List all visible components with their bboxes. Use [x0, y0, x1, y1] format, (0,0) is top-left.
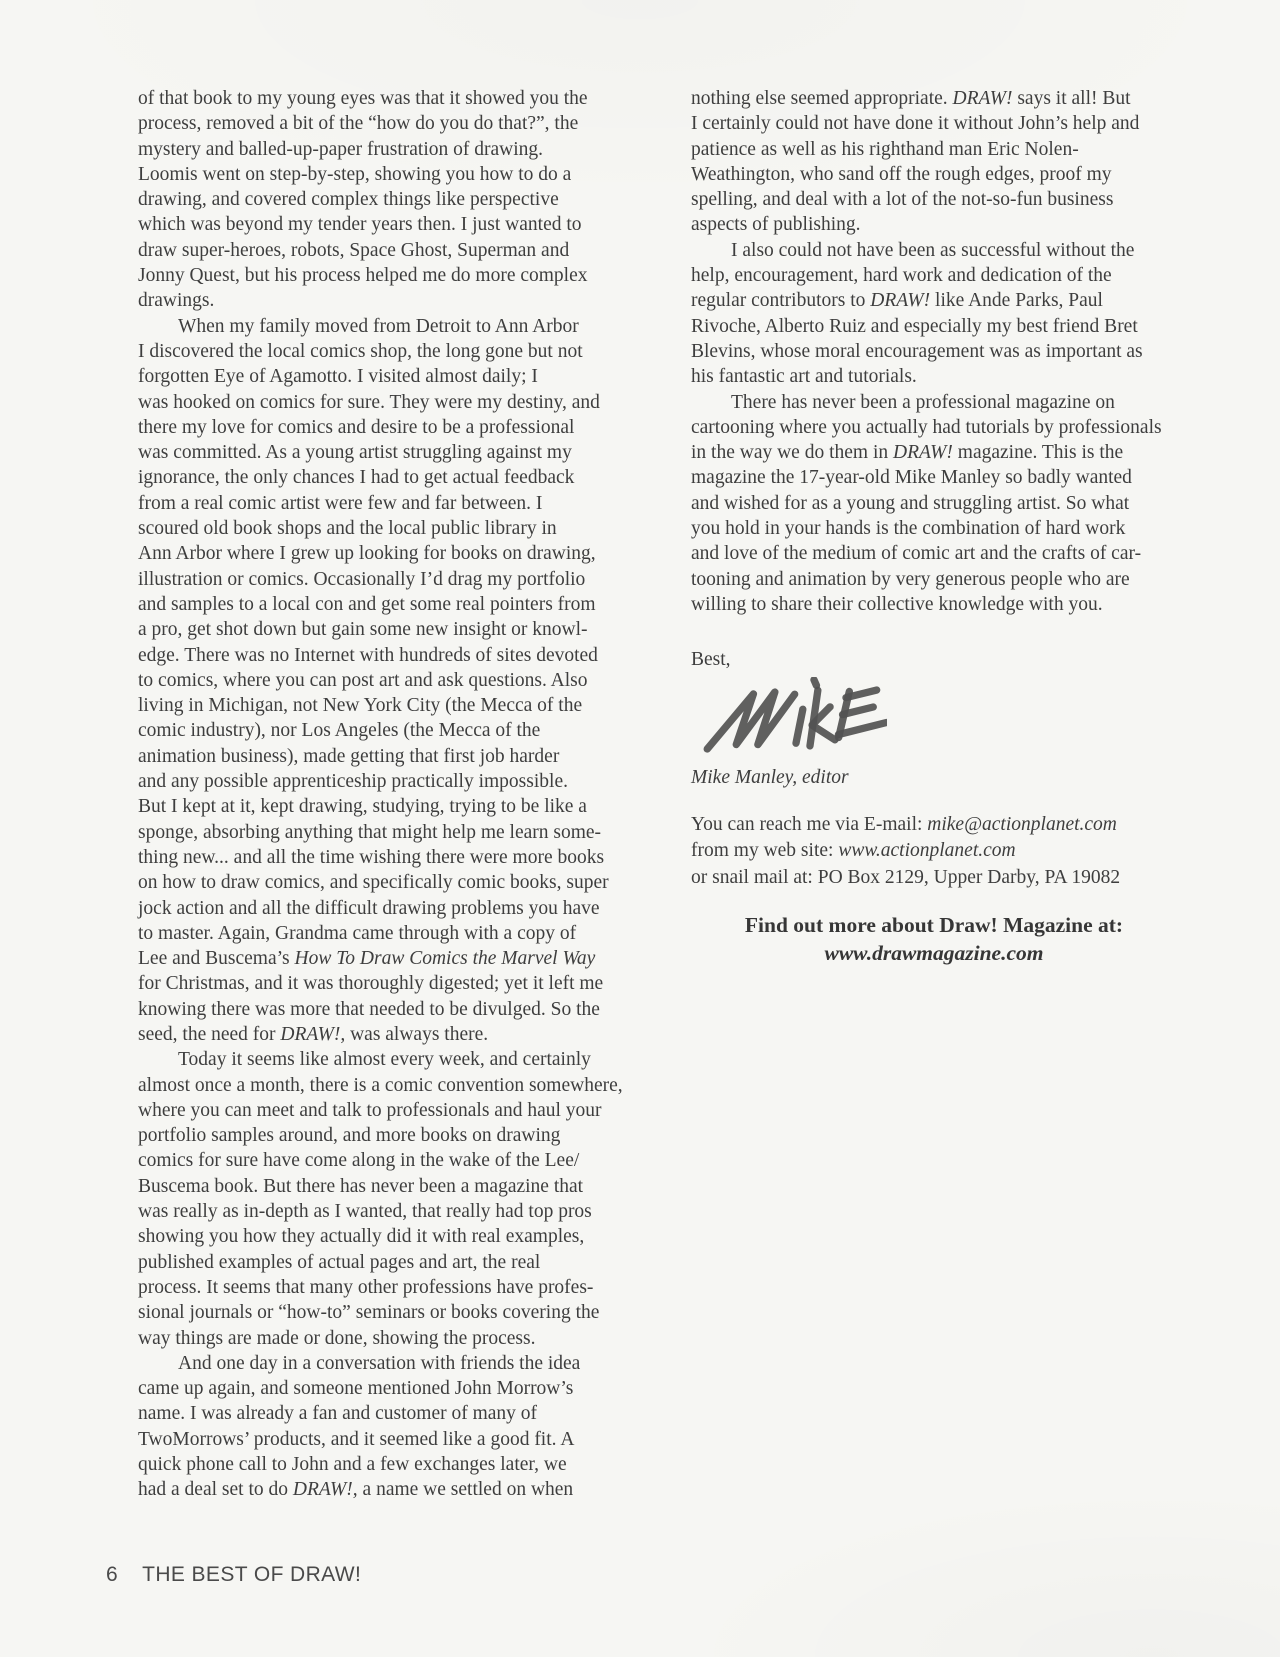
text-segment: TwoMorrows’ products, and it seemed like… [138, 1429, 574, 1450]
text-segment-i: www.actionplanet.com [838, 840, 1015, 861]
text-line: regular contributors to DRAW! like Ande … [691, 288, 1177, 313]
text-segment: of that book to my young eyes was that i… [138, 88, 588, 109]
text-segment-i: DRAW!, [280, 1024, 345, 1045]
text-line: magazine the 17-year-old Mike Manley so … [691, 465, 1177, 490]
text-line: cartooning where you actually had tutori… [691, 415, 1177, 440]
text-line: Jonny Quest, but his process helped me d… [138, 263, 624, 288]
text-segment: to comics, where you can post art and as… [138, 670, 588, 691]
text-line: willing to share their collective knowle… [691, 592, 1177, 617]
column-right: nothing else seemed appropriate. DRAW! s… [691, 86, 1177, 967]
text-segment: edge. There was no Internet with hundred… [138, 645, 598, 666]
text-segment: way things are made or done, showing the… [138, 1328, 535, 1349]
text-segment-i: mike@actionplanet.com [927, 814, 1117, 835]
text-segment: drawing, and covered complex things like… [138, 189, 559, 210]
text-line: of that book to my young eyes was that i… [138, 86, 624, 111]
text-segment: patience as well as his righthand man Er… [691, 139, 1079, 160]
text-segment: and wished for as a young and struggling… [691, 493, 1129, 514]
text-line: forgotten Eye of Agamotto. I visited alm… [138, 364, 624, 389]
text-segment: sponge, absorbing anything that might he… [138, 822, 601, 843]
text-segment: knowing there was more that needed to be… [138, 999, 600, 1020]
text-segment: and samples to a local con and get some … [138, 594, 596, 615]
text-segment: Loomis went on step-by-step, showing you… [138, 164, 571, 185]
text-segment: help, encouragement, hard work and dedic… [691, 265, 1112, 286]
text-segment: living in Michigan, not New York City (t… [138, 695, 582, 716]
text-line: And one day in a conversation with frien… [138, 1351, 624, 1376]
text-segment: Blevins, whose moral encouragement was a… [691, 341, 1143, 362]
text-line: There has never been a professional maga… [691, 390, 1177, 415]
text-segment: you hold in your hands is the combinatio… [691, 518, 1125, 539]
text-segment: comics for sure have come along in the w… [138, 1150, 579, 1171]
text-segment: willing to share their collective knowle… [691, 594, 1103, 615]
text-segment: I discovered the local comics shop, the … [138, 341, 583, 362]
text-line: came up again, and someone mentioned Joh… [138, 1376, 624, 1401]
text-line: spelling, and deal with a lot of the not… [691, 187, 1177, 212]
text-line: you hold in your hands is the combinatio… [691, 516, 1177, 541]
text-segment: on how to draw comics, and specifically … [138, 872, 609, 893]
text-line: drawing, and covered complex things like… [138, 187, 624, 212]
text-segment: showing you how they actually did it wit… [138, 1226, 584, 1247]
text-segment: And one day in a conversation with frien… [178, 1353, 580, 1374]
text-segment: there my love for comics and desire to b… [138, 417, 574, 438]
text-segment: process, removed a bit of the “how do yo… [138, 113, 578, 134]
text-line: published examples of actual pages and a… [138, 1250, 624, 1275]
text-line: and wished for as a young and struggling… [691, 491, 1177, 516]
text-line: animation business), made getting that f… [138, 744, 624, 769]
text-segment: or snail mail at: PO Box 2129, Upper Dar… [691, 867, 1120, 888]
text-line: which was beyond my tender years then. I… [138, 212, 624, 237]
text-segment: for Christmas, and it was thoroughly dig… [138, 973, 603, 994]
salutation: Best, [691, 647, 1177, 672]
promo-heading: Find out more about Draw! Magazine at: [745, 913, 1123, 937]
text-segment: When my family moved from Detroit to Ann… [178, 316, 579, 337]
text-line: his fantastic art and tutorials. [691, 364, 1177, 389]
text-line: from my web site: www.actionplanet.com [691, 838, 1177, 865]
text-segment-i: How To Draw Comics the Marvel Way [295, 948, 596, 969]
text-line: from a real comic artist were few and fa… [138, 491, 624, 516]
signature-i-dot [814, 679, 816, 685]
text-line: edge. There was no Internet with hundred… [138, 643, 624, 668]
text-line: drawings. [138, 288, 624, 313]
text-line: for Christmas, and it was thoroughly dig… [138, 971, 624, 996]
text-segment: his fantastic art and tutorials. [691, 366, 917, 387]
text-segment: mystery and balled-up-paper frustration … [138, 139, 543, 160]
text-line: or snail mail at: PO Box 2129, Upper Dar… [691, 865, 1177, 892]
text-segment: tooning and animation by very generous p… [691, 569, 1130, 590]
signature-strokes-icon [697, 677, 887, 763]
text-line: I discovered the local comics shop, the … [138, 339, 624, 364]
text-line: When my family moved from Detroit to Ann… [138, 314, 624, 339]
text-segment: from my web site: [691, 840, 838, 861]
text-line: comics for sure have come along in the w… [138, 1148, 624, 1173]
text-line: patience as well as his righthand man Er… [691, 137, 1177, 162]
text-line: portfolio samples around, and more books… [138, 1123, 624, 1148]
text-segment: in the way we do them in [691, 442, 893, 463]
text-segment: Weathington, who sand off the rough edge… [691, 164, 1112, 185]
text-line: process, removed a bit of the “how do yo… [138, 111, 624, 136]
text-segment: and love of the medium of comic art and … [691, 543, 1141, 564]
text-segment: comic industry), nor Los Angeles (the Me… [138, 720, 540, 741]
text-segment: came up again, and someone mentioned Joh… [138, 1378, 573, 1399]
text-line: knowing there was more that needed to be… [138, 997, 624, 1022]
text-segment: scoured old book shops and the local pub… [138, 518, 557, 539]
text-segment-i: DRAW! [893, 442, 953, 463]
text-segment: published examples of actual pages and a… [138, 1252, 540, 1273]
text-line: nothing else seemed appropriate. DRAW! s… [691, 86, 1177, 111]
text-segment: was really as in-depth as I wanted, that… [138, 1201, 592, 1222]
text-line: I also could not have been as successful… [691, 238, 1177, 263]
text-segment: Today it seems like almost every week, a… [178, 1049, 591, 1070]
text-line: showing you how they actually did it wit… [138, 1224, 624, 1249]
text-segment: says it all! But [1012, 88, 1130, 109]
text-segment: sional journals or “how-to” seminars or … [138, 1302, 599, 1323]
editor-byline: Mike Manley, editor [691, 765, 1177, 790]
text-segment: drawings. [138, 290, 214, 311]
text-line: and any possible apprenticeship practica… [138, 769, 624, 794]
text-line: was really as in-depth as I wanted, that… [138, 1199, 624, 1224]
promo-url: www.drawmagazine.com [691, 939, 1177, 967]
text-line: in the way we do them in DRAW! magazine.… [691, 440, 1177, 465]
text-segment: illustration or comics. Occasionally I’d… [138, 569, 585, 590]
text-segment: regular contributors to [691, 290, 870, 311]
text-line: Lee and Buscema’s How To Draw Comics the… [138, 946, 624, 971]
signature-i-stroke [793, 709, 806, 743]
text-segment-i: DRAW! [870, 290, 930, 311]
text-line: Rivoche, Alberto Ruiz and especially my … [691, 314, 1177, 339]
text-line: ignorance, the only chances I had to get… [138, 465, 624, 490]
text-line: Ann Arbor where I grew up looking for bo… [138, 541, 624, 566]
magazine-page: { "page": { "background_color": "#f6f6f3… [0, 0, 1280, 1657]
text-line: Blevins, whose moral encouragement was a… [691, 339, 1177, 364]
text-segment: nothing else seemed appropriate. [691, 88, 953, 109]
text-line: help, encouragement, hard work and dedic… [691, 263, 1177, 288]
text-segment: You can reach me via E-mail: [691, 814, 927, 835]
text-line: was hooked on comics for sure. They were… [138, 390, 624, 415]
text-segment: aspects of publishing. [691, 214, 861, 235]
text-line: scoured old book shops and the local pub… [138, 516, 624, 541]
text-line: process. It seems that many other profes… [138, 1275, 624, 1300]
text-line: on how to draw comics, and specifically … [138, 870, 624, 895]
text-line: name. I was already a fan and customer o… [138, 1401, 624, 1426]
text-segment: jock action and all the difficult drawin… [138, 898, 600, 919]
text-line: seed, the need for DRAW!, was always the… [138, 1022, 624, 1047]
text-segment: which was beyond my tender years then. I… [138, 214, 582, 235]
text-segment: like Ande Parks, Paul [930, 290, 1103, 311]
text-segment: magazine the 17-year-old Mike Manley so … [691, 467, 1132, 488]
text-line: comic industry), nor Los Angeles (the Me… [138, 718, 624, 743]
text-line: where you can meet and talk to professio… [138, 1098, 624, 1123]
text-line: Loomis went on step-by-step, showing you… [138, 162, 624, 187]
text-segment: Lee and Buscema’s [138, 948, 295, 969]
text-segment: magazine. This is the [953, 442, 1123, 463]
text-segment: seed, the need for [138, 1024, 280, 1045]
text-segment: a name we settled on when [358, 1479, 574, 1500]
text-line: to master. Again, Grandma came through w… [138, 921, 624, 946]
text-segment: Buscema book. But there has never been a… [138, 1176, 583, 1197]
text-segment: I also could not have been as successful… [731, 240, 1134, 261]
text-segment: name. I was already a fan and customer o… [138, 1403, 537, 1424]
text-line: sponge, absorbing anything that might he… [138, 820, 624, 845]
text-segment-i: DRAW!, [293, 1479, 358, 1500]
text-line: mystery and balled-up-paper frustration … [138, 137, 624, 162]
text-line: had a deal set to do DRAW!, a name we se… [138, 1477, 624, 1502]
text-line: and samples to a local con and get some … [138, 592, 624, 617]
text-line: quick phone call to John and a few excha… [138, 1452, 624, 1477]
mike-signature [697, 677, 887, 763]
text-line: draw super-heroes, robots, Space Ghost, … [138, 238, 624, 263]
text-segment: had a deal set to do [138, 1479, 293, 1500]
text-segment: Ann Arbor where I grew up looking for bo… [138, 543, 596, 564]
text-segment: almost once a month, there is a comic co… [138, 1075, 623, 1096]
text-segment: Rivoche, Alberto Ruiz and especially my … [691, 316, 1138, 337]
text-line: TwoMorrows’ products, and it seemed like… [138, 1427, 624, 1452]
page-footer: 6THE BEST OF DRAW! [106, 1563, 361, 1587]
text-line: You can reach me via E-mail: mike@action… [691, 812, 1177, 839]
text-segment: to master. Again, Grandma came through w… [138, 923, 576, 944]
text-line: to comics, where you can post art and as… [138, 668, 624, 693]
text-line: But I kept at it, kept drawing, studying… [138, 794, 624, 819]
text-line: a pro, get shot down but gain some new i… [138, 617, 624, 642]
text-segment: was always there. [345, 1024, 488, 1045]
text-segment: spelling, and deal with a lot of the not… [691, 189, 1113, 210]
text-segment: was hooked on comics for sure. They were… [138, 392, 600, 413]
text-segment: There has never been a professional maga… [731, 392, 1115, 413]
text-segment: But I kept at it, kept drawing, studying… [138, 796, 587, 817]
text-segment: and any possible apprenticeship practica… [138, 771, 568, 792]
text-segment: cartooning where you actually had tutori… [691, 417, 1162, 438]
text-segment: portfolio samples around, and more books… [138, 1125, 560, 1146]
text-line: illustration or comics. Occasionally I’d… [138, 567, 624, 592]
text-line: tooning and animation by very generous p… [691, 567, 1177, 592]
text-line: and love of the medium of comic art and … [691, 541, 1177, 566]
text-line: living in Michigan, not New York City (t… [138, 693, 624, 718]
text-segment: forgotten Eye of Agamotto. I visited alm… [138, 366, 538, 387]
text-segment-i: DRAW! [953, 88, 1013, 109]
text-line: almost once a month, there is a comic co… [138, 1073, 624, 1098]
text-line: aspects of publishing. [691, 212, 1177, 237]
text-line: way things are made or done, showing the… [138, 1326, 624, 1351]
text-segment: Jonny Quest, but his process helped me d… [138, 265, 588, 286]
text-segment: thing new... and all the time wishing th… [138, 847, 604, 868]
text-segment: from a real comic artist were few and fa… [138, 493, 542, 514]
text-segment: was committed. As a young artist struggl… [138, 442, 572, 463]
page-number: 6 [106, 1563, 118, 1586]
signature-m-stroke [703, 690, 799, 749]
text-line: sional journals or “how-to” seminars or … [138, 1300, 624, 1325]
text-segment: a pro, get shot down but gain some new i… [138, 619, 588, 640]
text-segment: ignorance, the only chances I had to get… [138, 467, 574, 488]
text-segment: quick phone call to John and a few excha… [138, 1454, 567, 1475]
text-line: there my love for comics and desire to b… [138, 415, 624, 440]
text-segment: draw super-heroes, robots, Space Ghost, … [138, 240, 569, 261]
contact-block: You can reach me via E-mail: mike@action… [691, 812, 1177, 892]
text-segment: where you can meet and talk to professio… [138, 1100, 602, 1121]
book-title: THE BEST OF DRAW! [142, 1563, 361, 1586]
text-line: Today it seems like almost every week, a… [138, 1047, 624, 1072]
text-line: Buscema book. But there has never been a… [138, 1174, 624, 1199]
promo-block: Find out more about Draw! Magazine at: w… [691, 911, 1177, 967]
text-line: I certainly could not have done it witho… [691, 111, 1177, 136]
text-segment: I certainly could not have done it witho… [691, 113, 1139, 134]
text-line: Weathington, who sand off the rough edge… [691, 162, 1177, 187]
column-left-text: of that book to my young eyes was that i… [138, 86, 624, 1503]
text-line: jock action and all the difficult drawin… [138, 896, 624, 921]
text-segment: process. It seems that many other profes… [138, 1277, 593, 1298]
text-line: was committed. As a young artist struggl… [138, 440, 624, 465]
column-left: of that book to my young eyes was that i… [138, 86, 624, 1503]
column-right-text: nothing else seemed appropriate. DRAW! s… [691, 86, 1177, 617]
text-line: thing new... and all the time wishing th… [138, 845, 624, 870]
text-segment: animation business), made getting that f… [138, 746, 559, 767]
